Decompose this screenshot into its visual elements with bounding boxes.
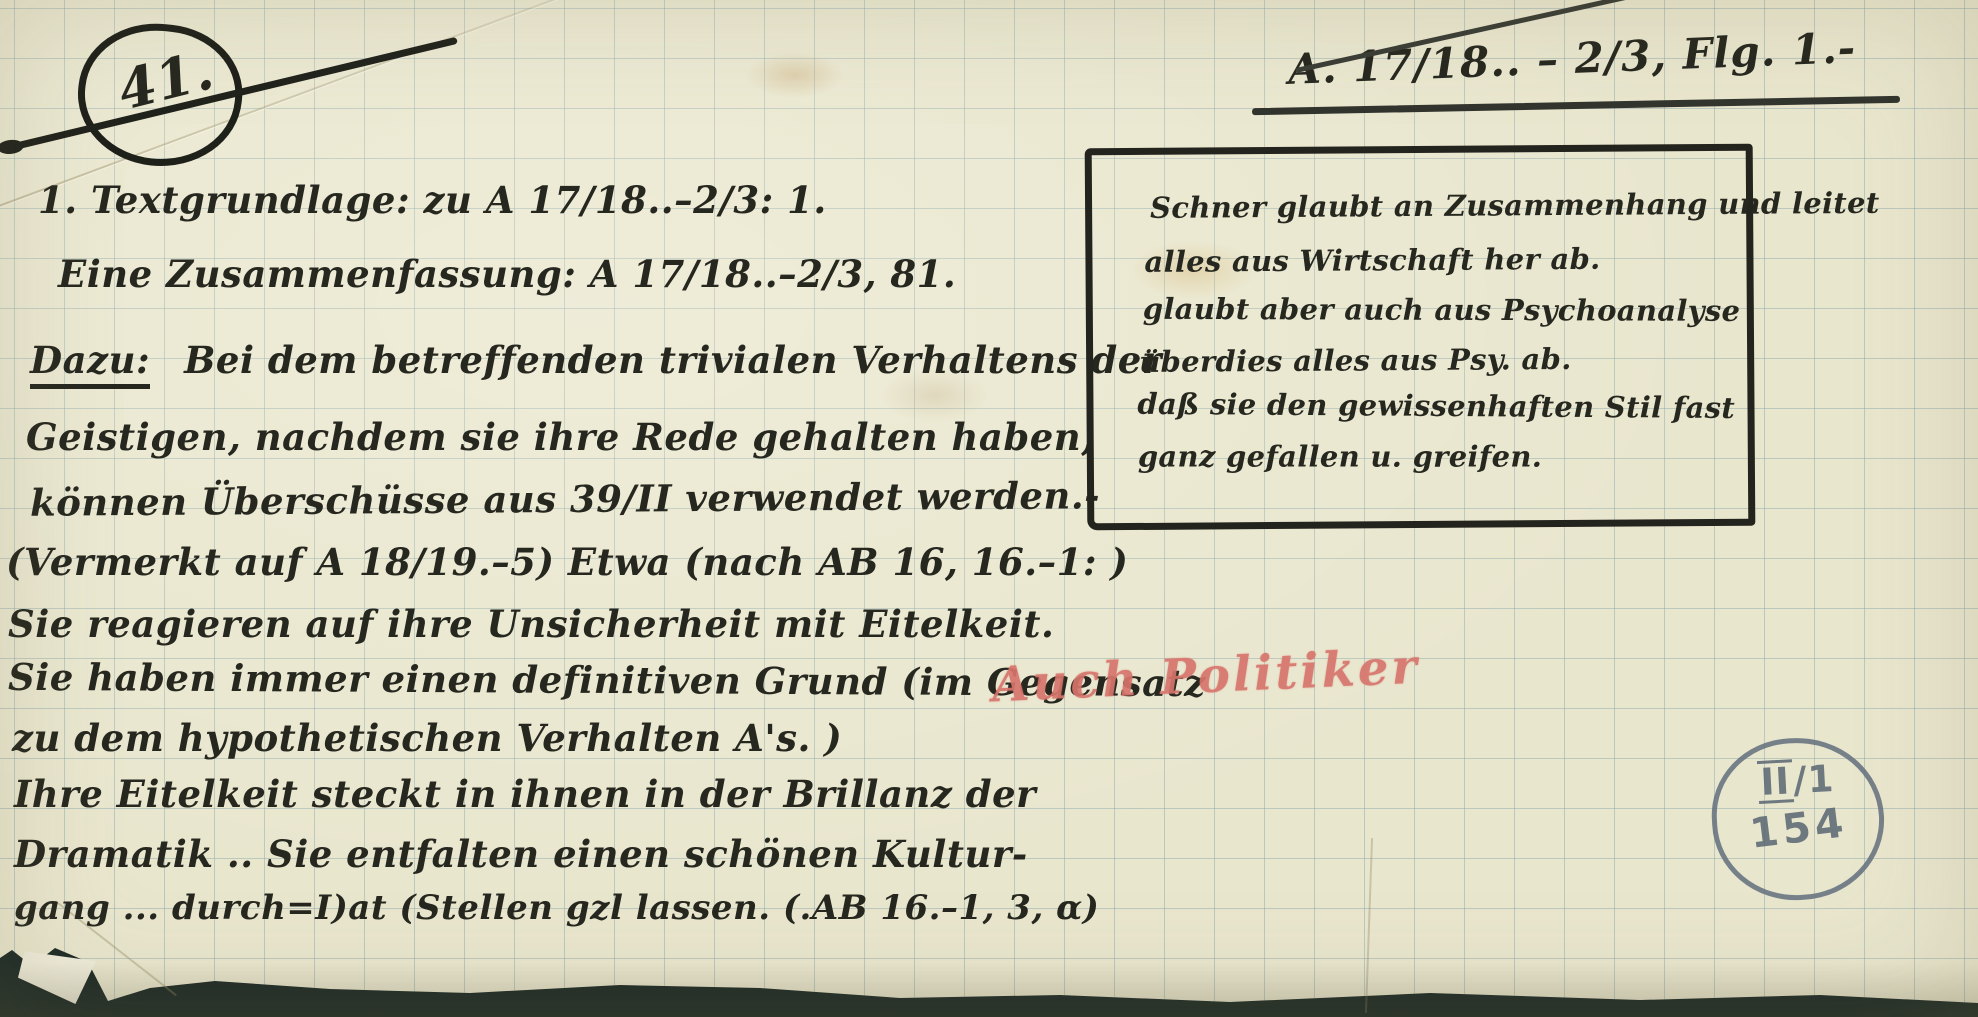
notes-line: (Vermerkt auf A 18/19.–5) Etwa (nach AB … xyxy=(6,540,1128,584)
side-box-line: ganz gefallen u. greifen. xyxy=(1138,440,1542,474)
notes-line-dazu: Dazu:Bei dem betreffenden trivialen Verh… xyxy=(30,338,1162,389)
stamp-fraction: /1 xyxy=(1792,757,1835,802)
notes-line: können Überschüsse aus 39/II verwendet w… xyxy=(30,473,1100,524)
dazu-label: Dazu: xyxy=(30,338,150,389)
notes-line: gang ... durch=I)at (Stellen gzl lassen.… xyxy=(14,888,1099,928)
side-box-line: daß sie den gewissenhaften Stil fast xyxy=(1137,387,1735,425)
notes-line: Sie reagieren auf ihre Unsicherheit mit … xyxy=(8,602,1054,646)
roman-numeral: II xyxy=(1757,759,1795,804)
notes-line: Geistigen, nachdem sie ihre Rede gehalte… xyxy=(26,415,1095,459)
notes-line: Eine Zusammenfassung: A 17/18..–2/3, 81. xyxy=(58,252,956,296)
side-box-line: glaubt aber auch aus Psychoanalyse xyxy=(1143,292,1741,328)
notes-line: Dramatik .. Sie entfalten einen schönen … xyxy=(14,832,1028,876)
side-note-box: Schner glaubt an Zusammenhang und leitet… xyxy=(1085,144,1756,531)
notes-line: zu dem hypothetischen Verhalten A's. ) xyxy=(12,716,842,760)
notes-line: 1. Textgrundlage: zu A 17/18..–2/3: 1. xyxy=(38,178,827,222)
side-box-line: überdies alles aus Psy. ab. xyxy=(1139,342,1572,379)
dazu-text: Bei dem betreffenden trivialen Verhalten… xyxy=(184,338,1162,382)
side-box-line: Schner glaubt an Zusammenhang und leitet xyxy=(1150,186,1880,225)
scanned-document-page: 41. A. 17/18.. – 2/3, Flg. 1.- 1. Textgr… xyxy=(0,0,1978,1017)
side-box-line: alles aus Wirtschaft her ab. xyxy=(1144,242,1600,279)
notes-line: Ihre Eitelkeit steckt in ihnen in der Br… xyxy=(14,772,1036,816)
